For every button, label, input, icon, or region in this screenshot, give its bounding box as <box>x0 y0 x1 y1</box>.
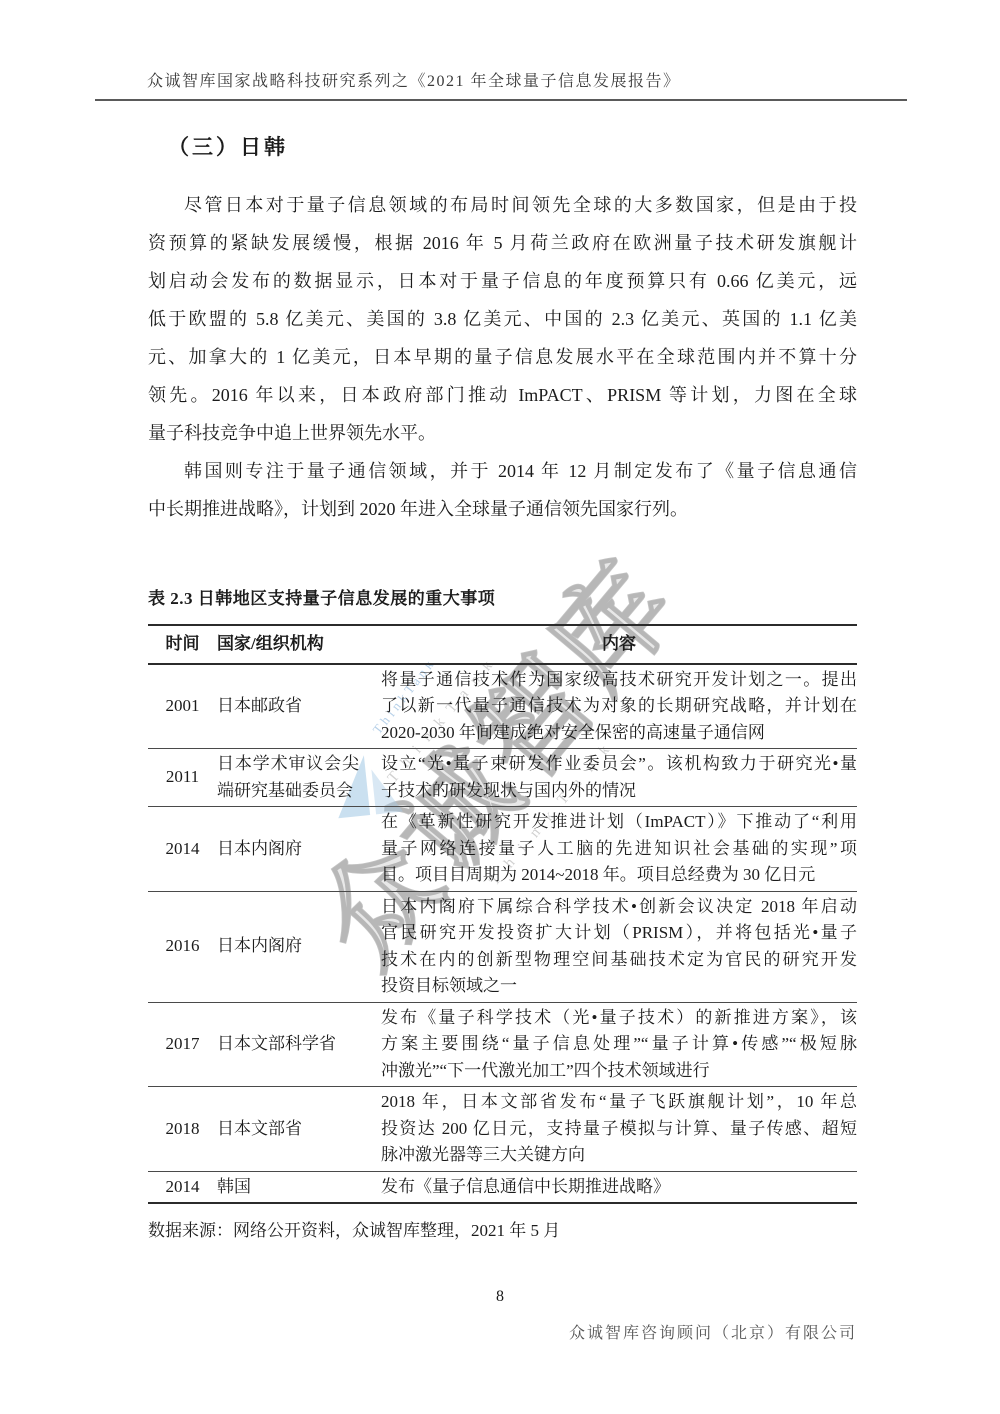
content-line: 2020-2030 年间建成绝对安全保密的高速量子通信网 <box>381 720 857 747</box>
section-heading: （三）日韩 <box>168 131 288 161</box>
content-cell: 发布《量子信息通信中长期推进战略》 <box>381 1174 857 1201</box>
content-line: 脉冲激光器等三大关键方向 <box>381 1142 857 1169</box>
paragraph-japan: 尽管日本对于量子信息领域的布局时间领先全球的大多数国家，但是由于投 资预算的紧缺… <box>148 186 857 452</box>
content-line: 2018 年，日本文部省发布“量子飞跃旗舰计划”，10 年总 <box>381 1089 857 1116</box>
paragraph-line: 尽管日本对于量子信息领域的布局时间领先全球的大多数国家，但是由于投 <box>148 186 857 224</box>
paragraph-korea: 韩国则专注于量子通信领域，并于 2014 年 12 月制定发布了《量子信息通信 … <box>148 452 857 528</box>
table-header-row: 时间 国家/组织机构 内容 <box>148 626 857 665</box>
year-cell: 2018 <box>148 1116 217 1143</box>
org-cell: 日本文部省 <box>217 1116 381 1143</box>
document-page: ThinkTank 众诚智库 ThinkTank ThinkTank 众诚智库国… <box>0 0 1000 1414</box>
content-line: 在《革新性研究开发推进计划（ImPACT）》下推动了“利用 <box>381 809 857 836</box>
table-block: 表 2.3 日韩地区支持量子信息发展的重大事项 时间 国家/组织机构 内容 20… <box>148 585 857 1241</box>
table-row: 2014 韩国 发布《量子信息通信中长期推进战略》 <box>148 1172 857 1203</box>
table-row: 2014 日本内阁府 在《革新性研究开发推进计划（ImPACT）》下推动了“利用… <box>148 807 857 892</box>
content-line: 将量子通信技术作为国家级高技术研究开发计划之一。提出 <box>381 667 857 694</box>
table-row: 2016 日本内阁府 日本内阁府下属综合科学技术•创新会议决定 2018 年启动… <box>148 892 857 1003</box>
org-cell: 日本邮政省 <box>217 693 381 720</box>
content-line: 子技术的研发现状与国内外的情况 <box>381 778 857 805</box>
year-cell: 2017 <box>148 1031 217 1058</box>
content-cell: 日本内阁府下属综合科学技术•创新会议决定 2018 年启动 官民研究开发投资扩大… <box>381 894 857 1000</box>
org-cell: 日本内阁府 <box>217 933 381 960</box>
paragraph-line: 中长期推进战略》，计划到 2020 年进入全球量子通信领先国家行列。 <box>148 490 857 528</box>
source-note: 数据来源：网络公开资料，众诚智库整理，2021 年 5 月 <box>148 1216 857 1241</box>
events-table: 时间 国家/组织机构 内容 2001 日本邮政省 将量子通信技术作为国家级高技术… <box>148 624 857 1204</box>
content-cell: 2018 年，日本文部省发布“量子飞跃旗舰计划”，10 年总 投资达 200 亿… <box>381 1089 857 1169</box>
content-line: 日本内阁府下属综合科学技术•创新会议决定 2018 年启动 <box>381 894 857 921</box>
org-cell: 日本文部科学省 <box>217 1031 381 1058</box>
paragraph-line: 低于欧盟的 5.8 亿美元、美国的 3.8 亿美元、中国的 2.3 亿美元、英国… <box>148 300 857 338</box>
content-line: 方案主要围绕“量子信息处理”“量子计算•传感”“极短脉 <box>381 1031 857 1058</box>
paragraph-line: 韩国则专注于量子通信领域，并于 2014 年 12 月制定发布了《量子信息通信 <box>148 452 857 490</box>
content-line: 冲激光”“下一代激光加工”四个技术领域进行 <box>381 1058 857 1085</box>
content-line: 设立“光•量子束研发作业委员会”。该机构致力于研究光•量 <box>381 751 857 778</box>
content-line: 官民研究开发投资扩大计划（PRISM），并将包括光•量子 <box>381 920 857 947</box>
content-line: 发布《量子科学技术（光•量子技术）的新推进方案》，该 <box>381 1005 857 1032</box>
paragraph-line: 领先。2016 年以来，日本政府部门推动 ImPACT、PRISM 等计划，力图… <box>148 376 857 414</box>
table-row: 2001 日本邮政省 将量子通信技术作为国家级高技术研究开发计划之一。提出 了以… <box>148 665 857 750</box>
content-line: 发布《量子信息通信中长期推进战略》 <box>381 1174 857 1201</box>
org-cell: 日本内阁府 <box>217 836 381 863</box>
content-cell: 将量子通信技术作为国家级高技术研究开发计划之一。提出 了以新一代量子通信技术为对… <box>381 667 857 747</box>
year-cell: 2001 <box>148 693 217 720</box>
table-row: 2018 日本文部省 2018 年，日本文部省发布“量子飞跃旗舰计划”，10 年… <box>148 1087 857 1172</box>
paragraph-line: 量子科技竞争中追上世界领先水平。 <box>148 414 857 452</box>
header-rule <box>95 99 907 101</box>
col-header-org: 国家/组织机构 <box>217 631 381 658</box>
year-cell: 2014 <box>148 836 217 863</box>
paragraph-line: 元、加拿大的 1 亿美元，日本早期的量子信息发展水平在全球范围内并不算十分 <box>148 338 857 376</box>
year-cell: 2011 <box>148 764 217 791</box>
content-line: 投资达 200 亿日元，支持量子模拟与计算、量子传感、超短 <box>381 1116 857 1143</box>
content-cell: 在《革新性研究开发推进计划（ImPACT）》下推动了“利用 量子网络连接量子人工… <box>381 809 857 889</box>
content-line: 投资目标领域之一 <box>381 973 857 1000</box>
col-header-content: 内容 <box>381 631 857 658</box>
doc-header-title: 众诚智库国家战略科技研究系列之《2021 年全球量子信息发展报告》 <box>147 68 681 91</box>
table-row: 2017 日本文部科学省 发布《量子科学技术（光•量子技术）的新推进方案》，该 … <box>148 1003 857 1088</box>
org-cell: 韩国 <box>217 1174 381 1201</box>
page-number: 8 <box>0 1288 1000 1306</box>
content-line: 量子网络连接量子人工脑的先进知识社会基础的实现”项 <box>381 836 857 863</box>
content-line: 目。项目目周期为 2014~2018 年。项目总经费为 30 亿日元 <box>381 862 857 889</box>
year-cell: 2016 <box>148 933 217 960</box>
content-cell: 设立“光•量子束研发作业委员会”。该机构致力于研究光•量 子技术的研发现状与国内… <box>381 751 857 804</box>
content-line: 了以新一代量子通信技术为对象的长期研究战略，并计划在 <box>381 693 857 720</box>
col-header-time: 时间 <box>148 631 217 658</box>
table-row: 2011 日本学术审议会尖端研究基础委员会 设立“光•量子束研发作业委员会”。该… <box>148 749 857 807</box>
company-name: 众诚智库咨询顾问（北京）有限公司 <box>148 1320 857 1343</box>
org-cell: 日本学术审议会尖端研究基础委员会 <box>217 751 381 804</box>
content-cell: 发布《量子科学技术（光•量子技术）的新推进方案》，该 方案主要围绕“量子信息处理… <box>381 1005 857 1085</box>
paragraph-line: 划启动会发布的数据显示，日本对于量子信息的年度预算只有 0.66 亿美元，远 <box>148 262 857 300</box>
table-title: 表 2.3 日韩地区支持量子信息发展的重大事项 <box>148 585 857 613</box>
year-cell: 2014 <box>148 1174 217 1201</box>
content-line: 技术在内的创新型物理空间基础技术定为官民的研究开发 <box>381 947 857 974</box>
paragraph-line: 资预算的紧缺发展缓慢，根据 2016 年 5 月荷兰政府在欧洲量子技术研发旗舰计 <box>148 224 857 262</box>
